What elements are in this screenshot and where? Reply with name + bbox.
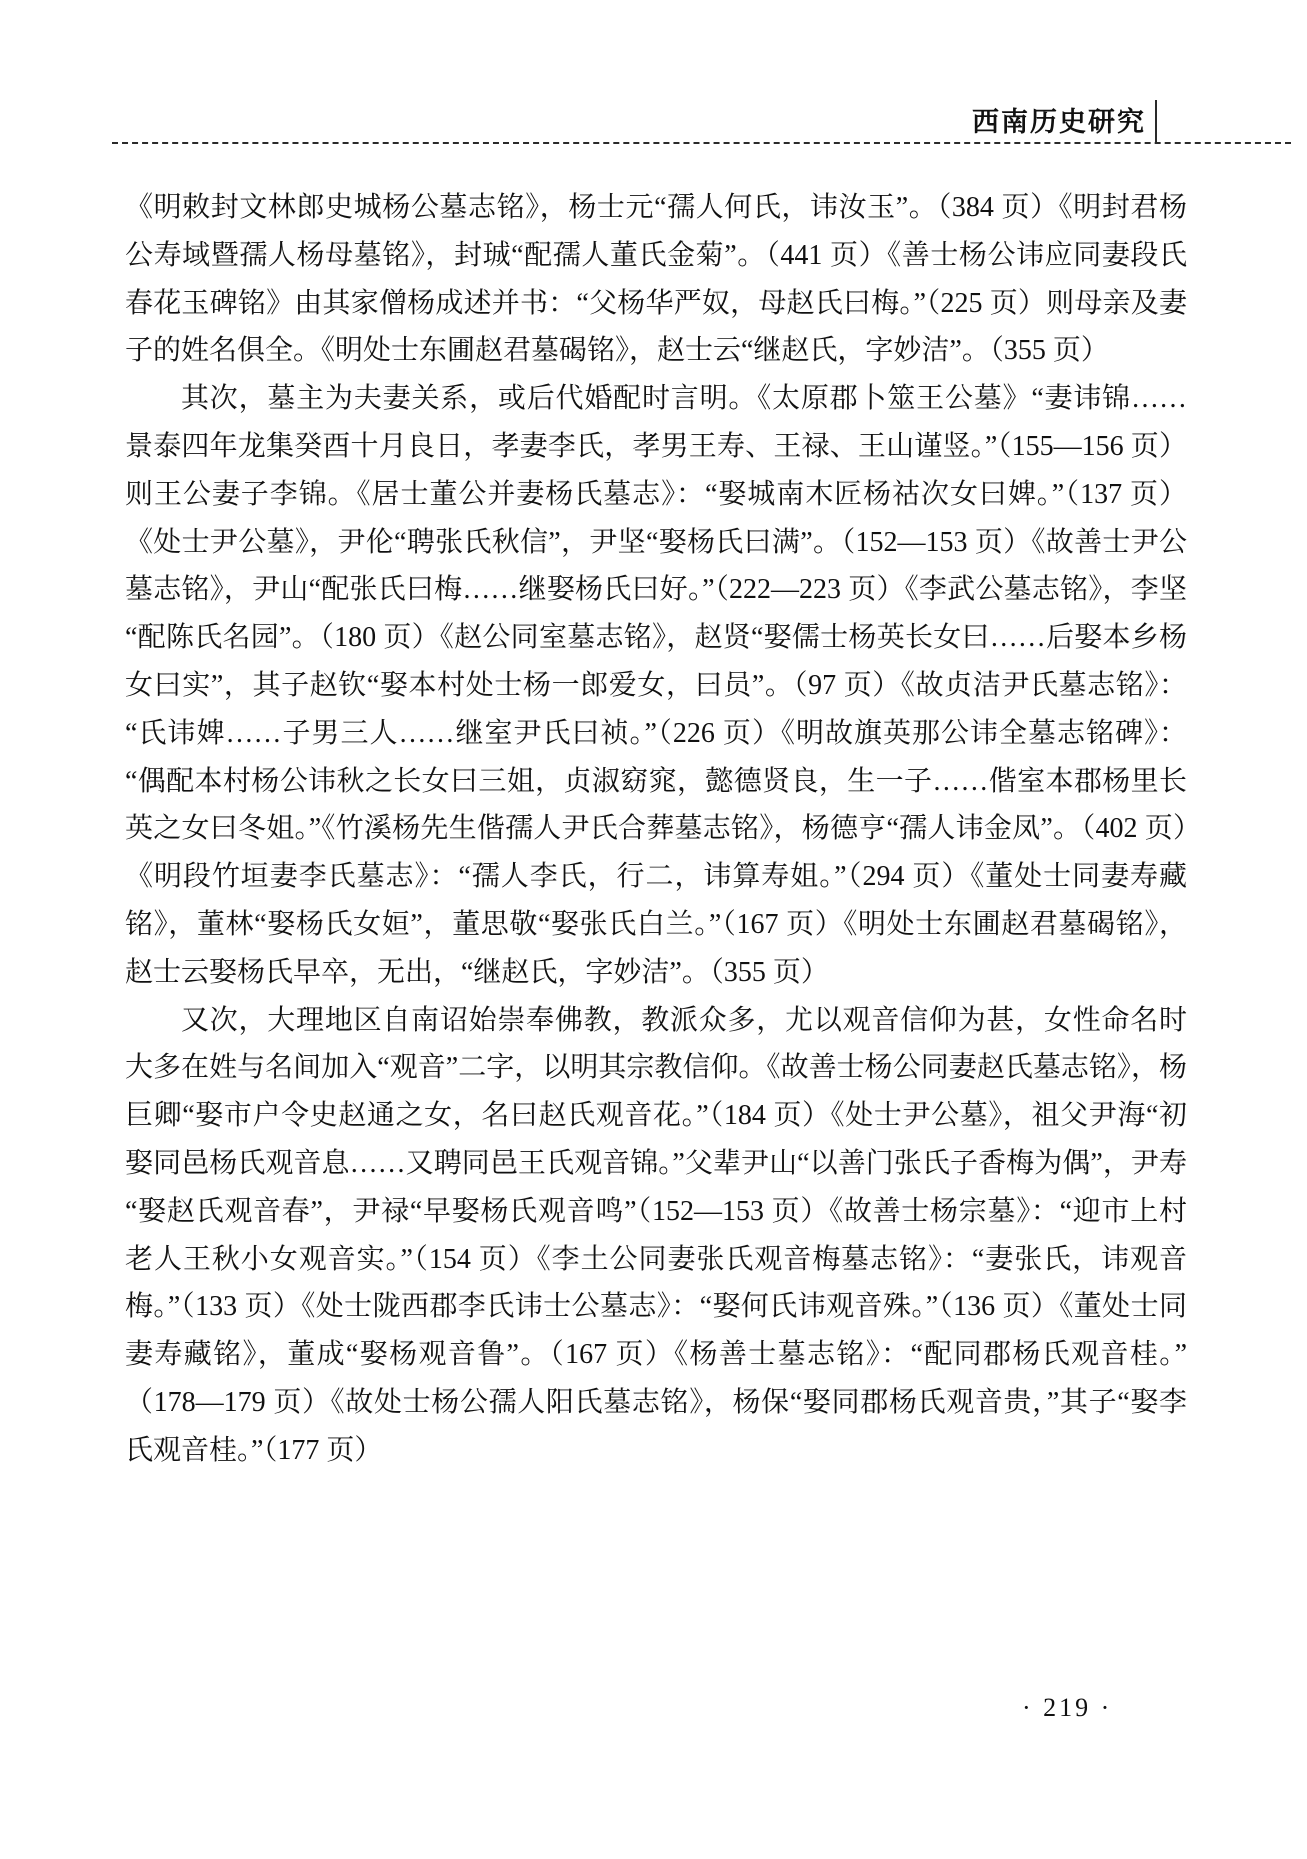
running-head-divider [1155, 100, 1157, 144]
paragraph: 其次，墓主为夫妻关系，或后代婚配时言明。《太原郡卜筮王公墓》“妻讳锦……景泰四年… [125, 375, 1187, 996]
book-page: 西南历史研究 《明敕封文林郎史城杨公墓志铭》，杨士元“孺人何氏，讳汝玉”。（38… [0, 0, 1307, 1859]
header-rule [112, 142, 1291, 144]
page-number: · 219 · [1022, 1693, 1112, 1723]
paragraph: 《明敕封文林郎史城杨公墓志铭》，杨士元“孺人何氏，讳汝玉”。（384 页）《明封… [125, 184, 1187, 375]
running-head: 西南历史研究 [972, 100, 1157, 144]
body-text: 《明敕封文林郎史城杨公墓志铭》，杨士元“孺人何氏，讳汝玉”。（384 页）《明封… [125, 184, 1187, 1475]
running-head-title: 西南历史研究 [972, 101, 1146, 143]
paragraph: 又次，大理地区自南诏始崇奉佛教，教派众多，尤以观音信仰为甚，女性命名时大多在姓与… [125, 997, 1187, 1475]
